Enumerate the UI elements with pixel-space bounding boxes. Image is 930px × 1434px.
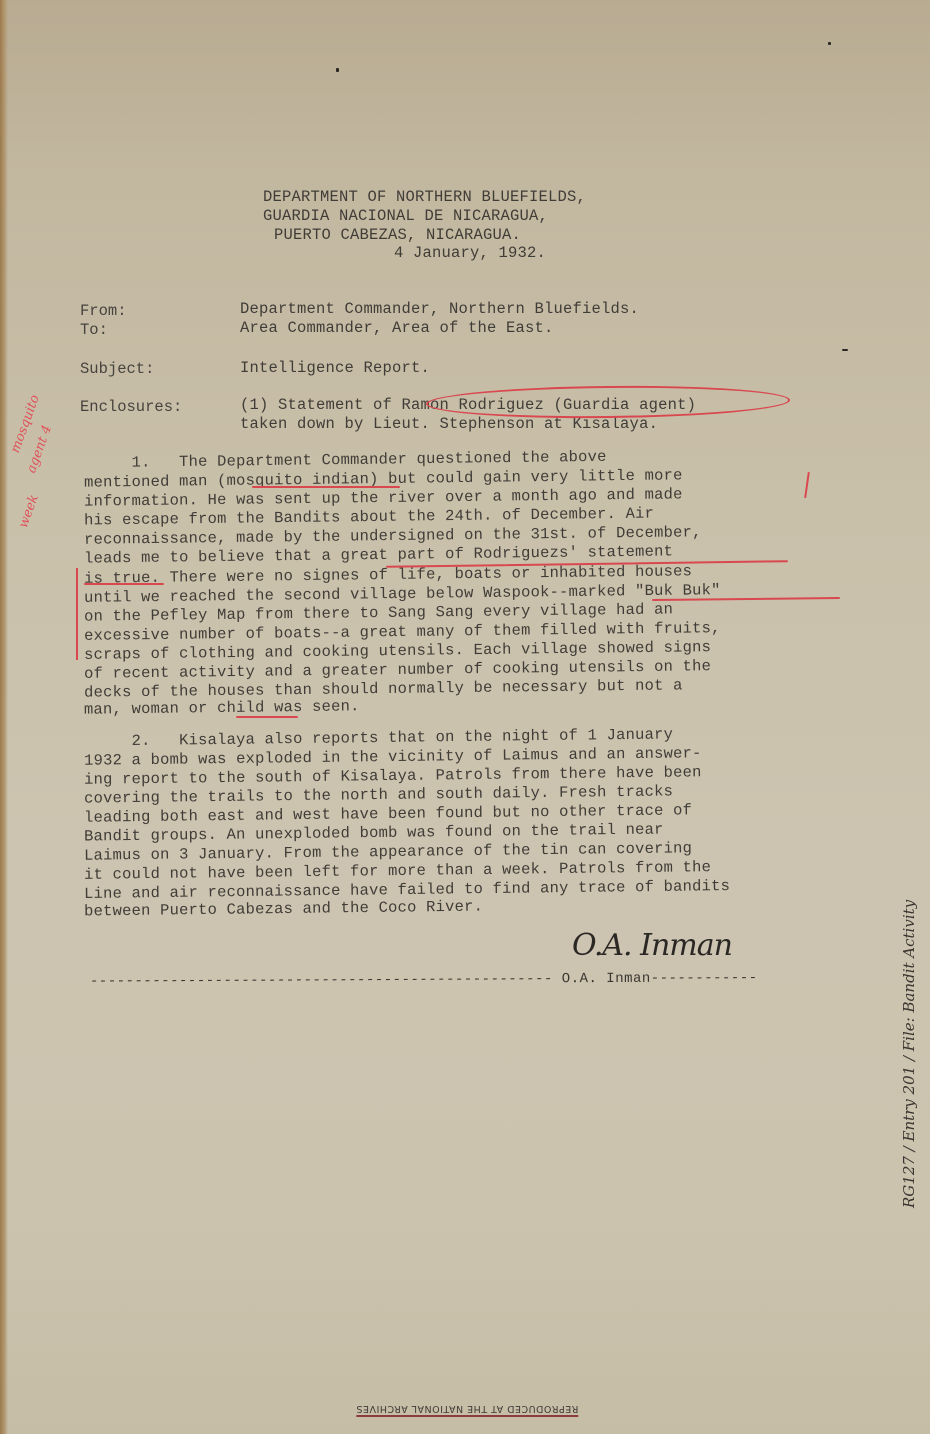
dashes-right: ------------ [651, 970, 758, 987]
signature-line: ----------------------------------------… [90, 970, 758, 989]
red-margin-bar [76, 568, 78, 660]
ink-speck [842, 349, 848, 351]
dashes-left: ----------------------------------------… [90, 971, 553, 989]
typed-name: O.A. Inman [562, 971, 651, 987]
archival-file-note: RG127 / Entry 201 / File: Bandit Activit… [900, 900, 918, 1208]
p1-line-14: man, woman or child was seen. [84, 697, 360, 718]
subject-value: Intelligence Report. [240, 359, 430, 377]
header-location: PUERTO CABEZAS, NICARAGUA. [274, 226, 521, 244]
red-bracket-mark [804, 472, 810, 498]
header-department: DEPARTMENT OF NORTHERN BLUEFIELDS, [263, 188, 586, 206]
red-underline-child [236, 716, 298, 718]
red-underline-is-true [84, 583, 164, 585]
red-circle-annotation [426, 384, 790, 420]
margin-note-3: week [16, 493, 42, 530]
header-date: 4 January, 1932. [394, 244, 546, 262]
ink-speck [336, 68, 339, 72]
from-value: Department Commander, Northern Bluefield… [240, 300, 639, 318]
enclosures-label: Enclosures: [80, 398, 182, 416]
to-value: Area Commander, Area of the East. [240, 319, 554, 337]
red-underline-mosquito-indian [252, 486, 400, 488]
subject-label: Subject: [80, 360, 154, 378]
to-label: To: [80, 321, 108, 339]
handwritten-signature: O.A. Inman [572, 928, 732, 963]
document-page: DEPARTMENT OF NORTHERN BLUEFIELDS, GUARD… [0, 0, 930, 1434]
ink-speck [828, 42, 831, 45]
national-archives-stamp: REPRODUCED AT THE NATIONAL ARCHIVES [356, 1403, 578, 1417]
p2-line-10: between Puerto Cabezas and the Coco Rive… [84, 898, 483, 921]
from-label: From: [80, 302, 127, 320]
header-guardia: GUARDIA NACIONAL DE NICARAGUA, [263, 207, 548, 225]
